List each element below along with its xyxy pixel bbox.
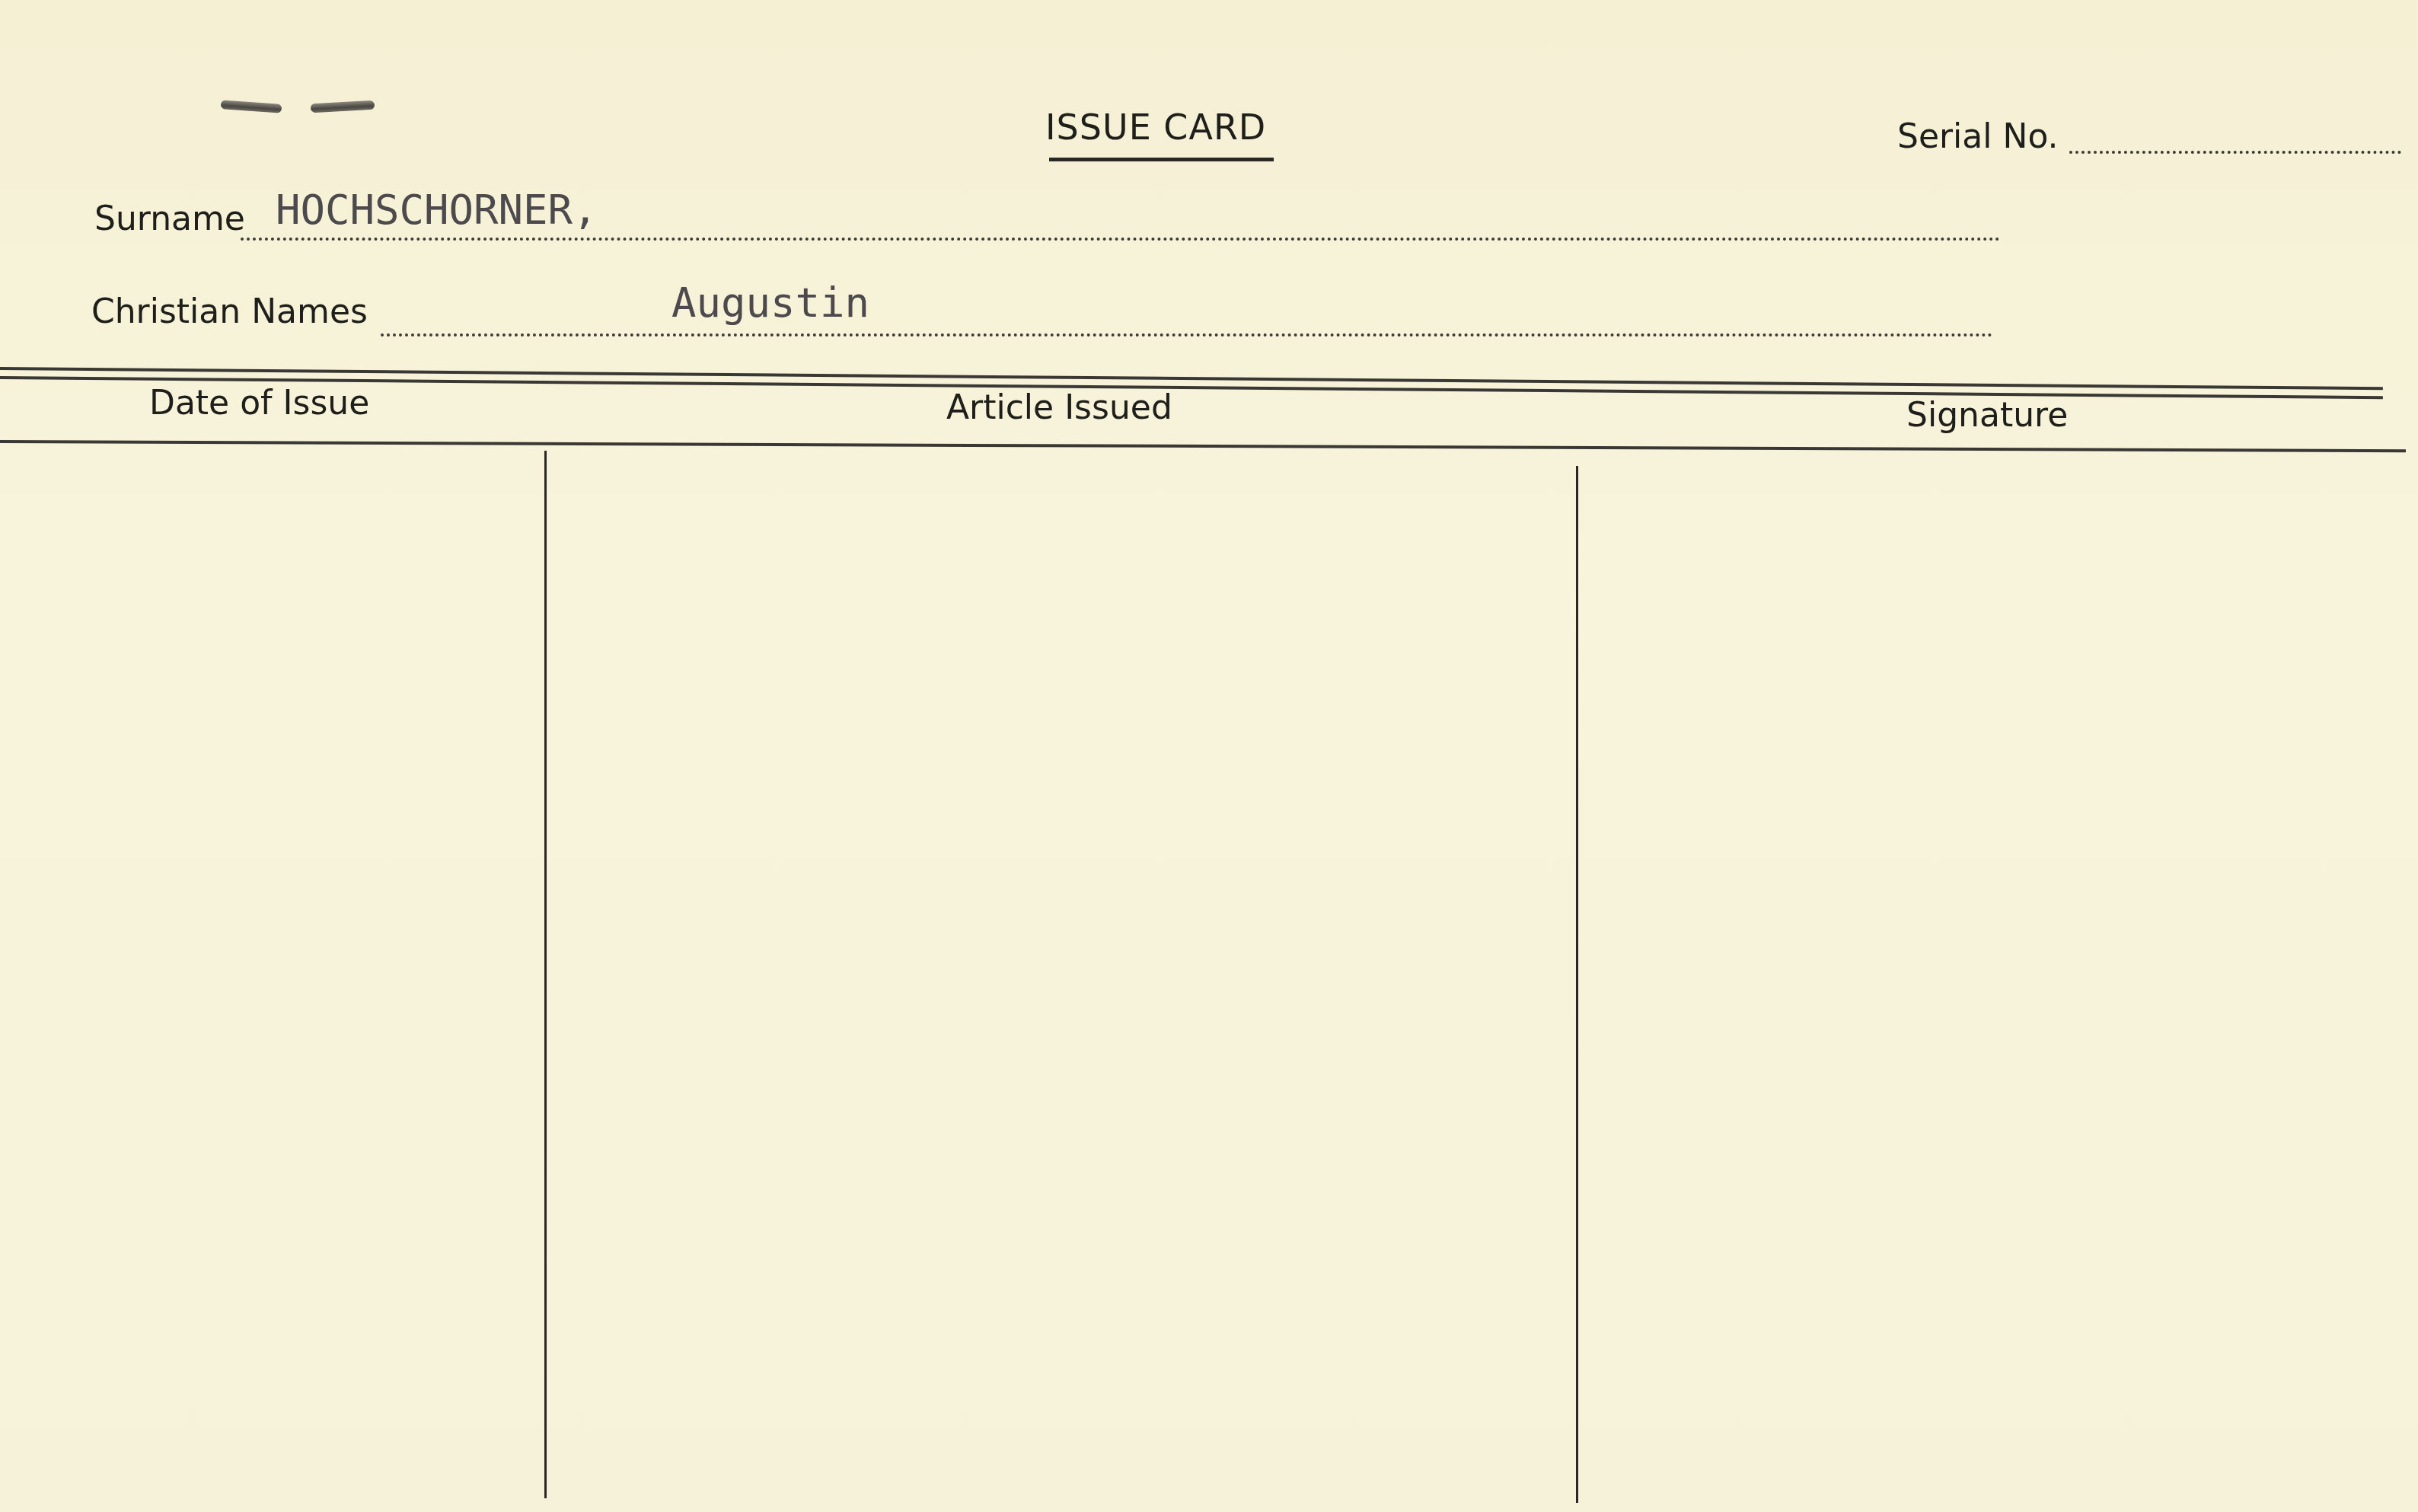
serial-field[interactable] (2069, 151, 2401, 154)
title-underline (1049, 158, 1274, 161)
christian-names-value: Augustin (671, 279, 869, 327)
staple-right (311, 100, 375, 113)
christian-names-field[interactable] (381, 333, 1993, 337)
issue-card: ISSUE CARD Serial No. Surname HOCHSCHORN… (0, 0, 2418, 1512)
column-article-issued[interactable] (547, 449, 1574, 1507)
serial-label: Serial No. (1897, 117, 2059, 156)
staple-left (221, 100, 282, 113)
surname-label: Surname (94, 199, 245, 238)
christian-names-label: Christian Names (91, 292, 368, 331)
column-date-of-issue[interactable] (0, 449, 544, 1507)
surname-value: HOCHSCHORNER, (276, 186, 598, 234)
column-header-signature: Signature (1906, 396, 2068, 435)
column-signature[interactable] (1579, 457, 2416, 1507)
surname-field[interactable] (241, 238, 2001, 241)
column-divider-2 (1576, 466, 1578, 1503)
column-header-date-of-issue: Date of Issue (149, 384, 369, 423)
card-title: ISSUE CARD (1045, 107, 1266, 148)
column-header-article-issued: Article Issued (946, 388, 1172, 427)
